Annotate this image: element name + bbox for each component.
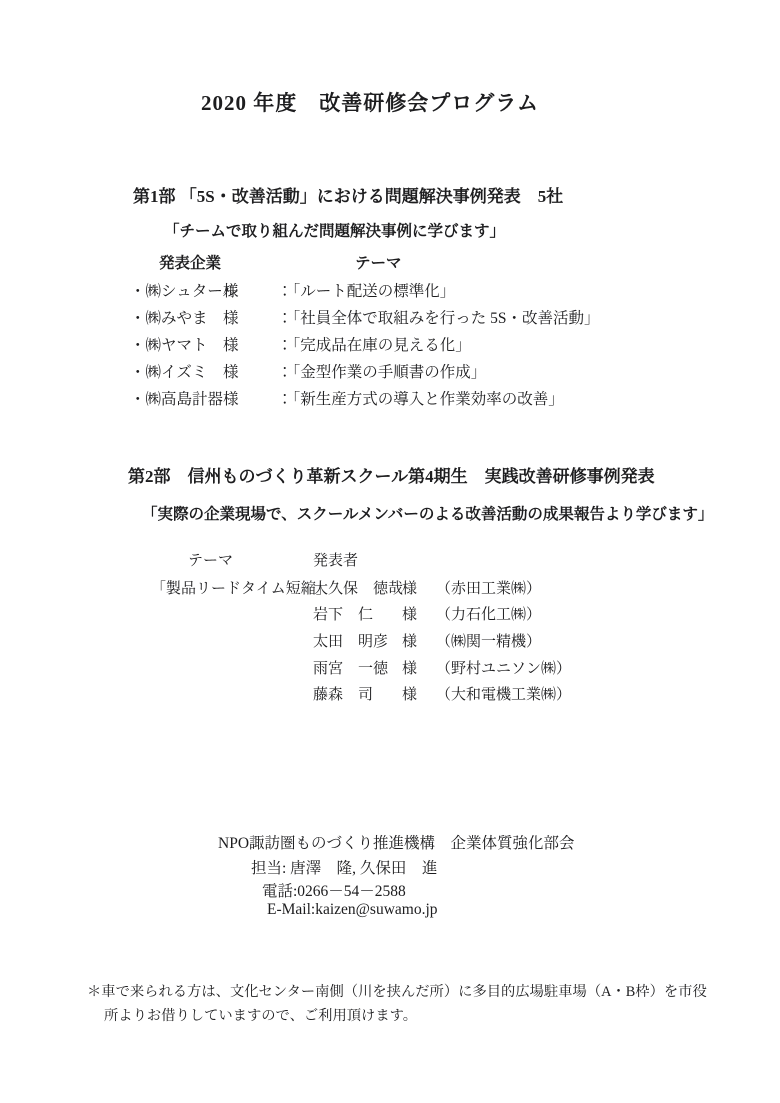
honorific: 様 — [402, 603, 436, 624]
section1-presentation-table: ・㈱シュタール 様 ：「ルート配送の標準化」 ・㈱みやま 様 ：「社員全体で取組… — [130, 277, 600, 411]
email-address: E-Mail:kaizen@suwamo.jp — [267, 901, 438, 919]
presenter-company: （力石化工㈱） — [436, 603, 541, 624]
presenter-company: （大和電機工業㈱） — [436, 683, 571, 704]
table-row: 藤森 司 様 （大和電機工業㈱） — [313, 680, 571, 707]
table-row: ・㈱みやま 様 ：「社員全体で取組みを行った 5S・改善活動」 — [130, 304, 600, 331]
section1-column-header-company: 発表企業 — [159, 251, 221, 273]
parking-note: ＊車で来られる方は、文化センター南側（川を挟んだ所）に多目的広場駐車場（A・B枠… — [87, 981, 747, 1028]
theme-text: ：「ルート配送の標準化」 — [277, 279, 455, 301]
section2-column-header-presenter: 発表者 — [313, 549, 358, 570]
honorific: 様 — [223, 387, 277, 409]
theme-text: ：「金型作業の手順書の作成」 — [277, 360, 486, 382]
honorific: 様 — [223, 306, 277, 328]
table-row: ・㈱イズミ 様 ：「金型作業の手順書の作成」 — [130, 357, 600, 384]
honorific: 様 — [402, 657, 436, 678]
table-row: 岩下 仁 様 （力石化工㈱） — [313, 601, 571, 628]
honorific: 様 — [223, 279, 277, 301]
parking-note-line1: ＊車で来られる方は、文化センター南側（川を挟んだ所）に多目的広場駐車場（A・B枠… — [87, 981, 747, 1005]
company-name: ・㈱イズミ — [130, 360, 223, 382]
section2-subtitle: 「実際の企業現場で、スクールメンバーのよる改善活動の成果報告より学びます」 — [142, 502, 713, 524]
phone-number: 電話:0266－54－2588 — [262, 879, 406, 901]
table-row: 太田 明彦 様 （㈱関一精機） — [313, 627, 571, 654]
company-name: ・㈱高島計器 — [130, 387, 223, 409]
page-title: 2020 年度 改善研修会プログラム — [0, 87, 740, 117]
honorific: 様 — [402, 683, 436, 704]
honorific: 様 — [223, 360, 277, 382]
section1-heading: 第1部 「5S・改善活動」における問題解決事例発表 5社 — [133, 182, 563, 207]
organizer-name: NPO諏訪圏ものづくり推進機構 企業体質強化部会 — [218, 831, 575, 853]
table-row: ・㈱高島計器 様 ：「新生産方式の導入と作業効率の改善」 — [130, 384, 600, 411]
company-name: ・㈱みやま — [130, 306, 223, 328]
honorific: 様 — [402, 577, 436, 598]
section2-theme: 「製品リードタイム短縮」 — [151, 577, 331, 598]
presenter-name: 岩下 仁 — [313, 603, 402, 624]
section2-heading: 第2部 信州ものづくり革新スクール第4期生 実践改善研修事例発表 — [128, 462, 655, 487]
honorific: 様 — [402, 630, 436, 651]
theme-text: ：「新生産方式の導入と作業効率の改善」 — [277, 387, 564, 409]
company-name: ・㈱ヤマト — [130, 333, 223, 355]
table-row: ・㈱ヤマト 様 ：「完成品在庫の見える化」 — [130, 331, 600, 358]
table-row: 雨宮 一徳 様 （野村ユニソン㈱） — [313, 654, 571, 681]
section2-column-header-theme: テーマ — [188, 549, 233, 570]
table-row: 大久保 徳哉 様 （赤田工業㈱） — [313, 574, 571, 601]
presenter-name: 雨宮 一徳 — [313, 657, 402, 678]
presenter-company: （赤田工業㈱） — [436, 577, 541, 598]
presenter-name: 藤森 司 — [313, 683, 402, 704]
presenter-company: （㈱関一精機） — [436, 630, 541, 651]
contact-persons: 担当: 唐澤 隆, 久保田 進 — [251, 856, 437, 878]
document-page: 2020 年度 改善研修会プログラム 第1部 「5S・改善活動」における問題解決… — [0, 0, 780, 1103]
presenter-company: （野村ユニソン㈱） — [436, 657, 571, 678]
presenter-name: 大久保 徳哉 — [313, 577, 402, 598]
honorific: 様 — [223, 333, 277, 355]
table-row: ・㈱シュタール 様 ：「ルート配送の標準化」 — [130, 277, 600, 304]
section2-presenter-table: 大久保 徳哉 様 （赤田工業㈱） 岩下 仁 様 （力石化工㈱） 太田 明彦 様 … — [313, 574, 571, 707]
presenter-name: 太田 明彦 — [313, 630, 402, 651]
parking-note-line2: 所よりお借りしていますので、ご利用頂けます。 — [87, 1005, 747, 1029]
theme-text: ：「完成品在庫の見える化」 — [277, 333, 471, 355]
section1-subtitle: 「チームで取り組んだ問題解決事例に学びます」 — [164, 219, 505, 241]
company-name: ・㈱シュタール — [130, 279, 223, 301]
theme-text: ：「社員全体で取組みを行った 5S・改善活動」 — [277, 306, 600, 328]
section1-column-header-theme: テーマ — [355, 251, 402, 273]
